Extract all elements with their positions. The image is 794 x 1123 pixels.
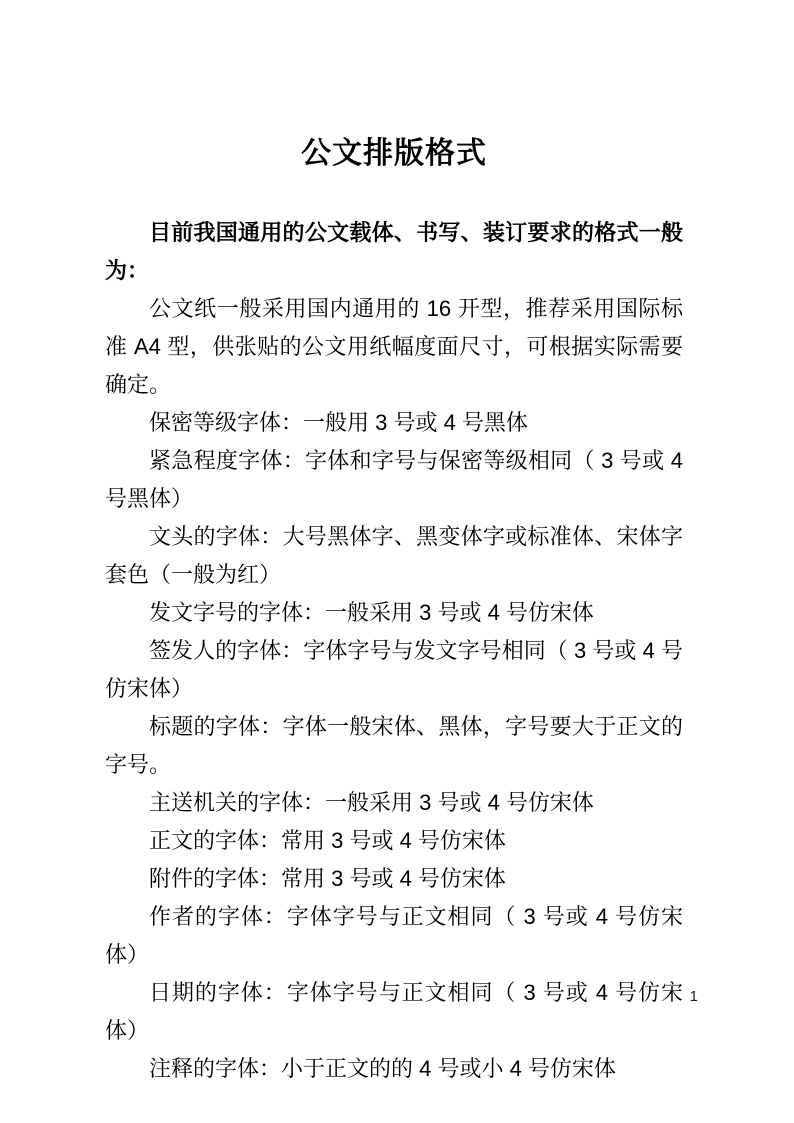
page-number: 1: [690, 988, 698, 1006]
paragraph-urgency: 紧急程度字体：字体和字号与保密等级相同（ 3 号或 4 号黑体）: [105, 442, 683, 518]
paragraph-attachment: 附件的字体：常用 3 号或 4 号仿宋体: [105, 860, 683, 898]
paragraph-header-font: 文头的字体：大号黑体字、黑变体字或标准体、宋体字套色（一般为红）: [105, 518, 683, 594]
paragraph-issuer: 签发人的字体：字体字号与发文字号相同（ 3 号或 4 号仿宋体）: [105, 632, 683, 708]
paragraph-doc-number: 发文字号的字体：一般采用 3 号或 4 号仿宋体: [105, 594, 683, 632]
paragraph-notes: 注释的字体：小于正文的的 4 号或小 4 号仿宋体: [105, 1050, 683, 1088]
paragraph-recipient: 主送机关的字体：一般采用 3 号或 4 号仿宋体: [105, 784, 683, 822]
paragraph-title-font: 标题的字体：字体一般宋体、黑体，字号要大于正文的字号。: [105, 708, 683, 784]
paragraph-body-font: 正文的字体：常用 3 号或 4 号仿宋体: [105, 822, 683, 860]
paragraph-paper-size: 公文纸一般采用国内通用的 16 开型，推荐采用国际标准 A4 型，供张贴的公文用…: [105, 290, 683, 404]
intro-paragraph: 目前我国通用的公文载体、书写、装订要求的格式一般为：: [105, 214, 683, 290]
paragraph-author: 作者的字体：字体字号与正文相同（ 3 号或 4 号仿宋体）: [105, 898, 683, 974]
paragraph-security-level: 保密等级字体：一般用 3 号或 4 号黑体: [105, 404, 683, 442]
document-content: 公文排版格式 目前我国通用的公文载体、书写、装订要求的格式一般为： 公文纸一般采…: [105, 136, 683, 1088]
paragraph-date: 日期的字体：字体字号与正文相同（ 3 号或 4 号仿宋体）: [105, 974, 683, 1050]
document-page: 公文排版格式 目前我国通用的公文载体、书写、装订要求的格式一般为： 公文纸一般采…: [0, 0, 794, 1123]
document-title: 公文排版格式: [105, 136, 683, 172]
